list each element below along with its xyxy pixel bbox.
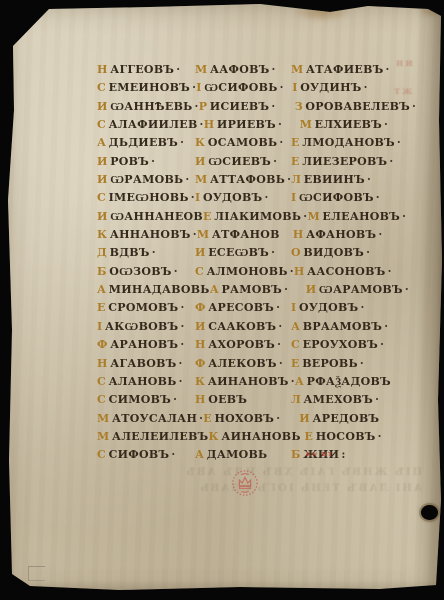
initial-letter: С	[195, 265, 204, 278]
name-text: ЕВИИНЪ	[304, 173, 365, 186]
initial-letter: И	[195, 246, 206, 259]
genealogy-line: МАЛЕЛЕИЛЕВЪКАИНАНОВЬЕНОСОВЪ·	[97, 428, 427, 446]
name-entry: МЕЛЕАНОВЪ·	[307, 208, 427, 226]
name-entry: ЛАМЕХОВЪ·	[291, 391, 427, 409]
genealogy-line: ИѠРАМОВЬ·МАТТАФОВЬ·ЛЕВИИНЪ·	[97, 171, 427, 189]
name-text: АЛЕКОВЪ	[208, 357, 277, 370]
name-text: СРОМОВЪ	[108, 301, 178, 314]
name-entry: НОЕВЪ	[195, 391, 291, 409]
name-entry: ИѠСИЕВЪ·	[195, 153, 291, 171]
name-entry: ИѠРАМОВЬ·	[97, 171, 195, 189]
name-text: АИНАНОВЬ	[221, 430, 300, 443]
name-text: ОѠЗОВЪ	[109, 265, 171, 278]
name-entry: ИѠАРАМОВЪ·	[306, 281, 427, 299]
initial-letter: І	[291, 191, 296, 204]
initial-letter: Е	[305, 430, 314, 443]
initial-letter: Р	[199, 100, 208, 113]
name-entry: ССИФОВЪ·	[97, 446, 195, 464]
initial-letter: З	[295, 100, 303, 113]
separator-dot: ·	[366, 246, 370, 259]
name-text: МИНАДАВОВЬ	[109, 283, 210, 296]
name-text: ЕЛЕАНОВЪ	[322, 210, 400, 223]
initial-letter: Л	[291, 173, 301, 186]
initial-letter: Е	[291, 136, 300, 149]
initial-letter: І	[195, 191, 200, 204]
name-text: ЕЛХИЕВЪ	[315, 118, 382, 131]
name-text: ѠАННАНЕОВ	[110, 210, 203, 223]
initial-letter: И	[97, 155, 108, 168]
initial-letter: Л	[291, 393, 301, 406]
name-entry: ЕЛІАКИМОВЬ·	[203, 208, 307, 226]
separator-dot: ·	[180, 320, 184, 333]
name-entry: СІМЕѠНОВЬ·	[97, 189, 195, 207]
name-text: ѠСИФОВЪ	[299, 191, 374, 204]
initial-letter: Е	[97, 301, 106, 314]
genealogy-line: ИРОВЪ·ИѠСИЕВЪ·ЕЛИЕЗЕРОВЪ·	[97, 153, 427, 171]
name-text: СААКОВЪ	[208, 320, 276, 333]
name-entry: ІѠСИФОВЬ·	[196, 79, 292, 97]
initial-letter: Е	[291, 155, 300, 168]
name-entry: СЕМЕИНОВЪ·	[97, 79, 196, 97]
genealogy-line: СЕМЕИНОВЪ·ІѠСИФОВЬ·ІОУДИНЪ·	[97, 79, 427, 97]
name-text: ЛІАКИМОВЬ	[214, 210, 301, 223]
initial-letter: Е	[203, 412, 212, 425]
name-text: ААСОНОВЪ	[307, 265, 385, 278]
initial-letter: И	[97, 210, 108, 223]
initial-letter: К	[195, 136, 205, 149]
initial-letter: А	[97, 136, 106, 149]
genealogy-line: ІАКѠВОВЪ·ИСААКОВЪ·АВРААМОВЪ·	[97, 318, 427, 336]
name-entry: ОВИДОВЪ·	[291, 244, 427, 262]
separator-dot: ·	[386, 63, 390, 76]
initial-letter: И	[195, 320, 206, 333]
separator-dot: ·	[185, 173, 189, 186]
initial-letter: М	[97, 430, 109, 443]
name-entry: ЕСРОМОВЪ·	[97, 299, 195, 317]
name-entry: АДАМОВЬ	[195, 446, 291, 464]
initial-letter: Н	[294, 265, 305, 278]
genealogy-line: НАГГЕОВЪ·МААФОВЪ·МАТАФИЕВЪ·	[97, 61, 427, 79]
name-entry: НАГГЕОВЪ·	[97, 61, 195, 79]
separator-dot: ·	[380, 338, 384, 351]
name-text: СИФОВЪ	[109, 448, 170, 461]
separator-dot: ·	[272, 63, 276, 76]
separator-dot: ·	[360, 357, 364, 370]
name-text: ѠРАМОВЬ	[110, 173, 183, 186]
name-entry: ЗОРОВАВЕЛЕВЪ·	[295, 98, 427, 116]
separator-dot: ·	[360, 301, 364, 314]
initial-letter: Ф	[97, 338, 108, 351]
separator-dot: ·	[384, 320, 388, 333]
separator-dot: ·	[376, 191, 380, 204]
initial-letter: М	[307, 210, 319, 223]
genealogy-line: НАГАВОВЪ·ФАЛЕКОВЪ·ЕВЕРОВЬ·	[97, 355, 427, 373]
name-entry: АРАМОВЪ·	[210, 281, 306, 299]
initial-letter: Ф	[195, 301, 206, 314]
initial-letter: Б	[97, 265, 107, 278]
name-text: ВРААМОВЪ	[303, 320, 382, 333]
name-entry: ІОУДОВЪ·	[291, 299, 427, 317]
genealogy-line: САЛАФИИЛЕВ·НИРИЕВЪ·МЕЛХИЕВЪ·	[97, 116, 427, 134]
separator-dot: ·	[378, 228, 382, 241]
name-text: АКѠВОВЪ	[105, 320, 179, 333]
name-text: ЛМОДАНОВЪ	[302, 136, 395, 149]
initial-letter: А	[291, 320, 300, 333]
initial-letter: Н	[195, 393, 206, 406]
initial-letter: І	[292, 81, 297, 94]
name-text: АТОУСАЛАН	[112, 412, 197, 425]
genealogy-line: АДЬДИЕВЪ·КОСАМОВЬ·ЕЛМОДАНОВЪ·	[97, 134, 427, 152]
wormhole	[421, 505, 438, 520]
separator-dot: ·	[280, 81, 284, 94]
initial-letter: Н	[195, 338, 206, 351]
initial-letter: И	[195, 155, 206, 168]
name-entry: КОСАМОВЬ·	[195, 134, 291, 152]
separator-dot: ·	[279, 357, 283, 370]
separator-dot: ·	[174, 265, 178, 278]
name-entry: ФАРАНОВЪ·	[97, 336, 195, 354]
separator-dot: :	[341, 448, 345, 461]
name-entry: ІѠСИФОВЪ·	[291, 189, 427, 207]
separator-dot: ·	[176, 63, 180, 76]
name-entry: НАХОРОВЪ·	[195, 336, 291, 354]
name-entry: ФАЛЕКОВЪ·	[195, 355, 291, 373]
name-text: АРЕДОВЪ	[312, 412, 379, 425]
name-entry: ИАРЕДОВЪ	[299, 410, 427, 428]
name-entry: КАИНАНОВЬ	[209, 428, 305, 446]
name-entry: МАЛЕЛЕИЛЕВЪ	[97, 428, 209, 446]
initial-letter: И	[306, 283, 317, 296]
separator-dot: ·	[405, 283, 409, 296]
name-entry: АВРААМОВЪ·	[291, 318, 427, 336]
name-entry: НАГАВОВЪ·	[97, 355, 195, 373]
name-text: РФАѮАДОВЪ	[307, 375, 391, 388]
name-entry: АДЬДИЕВЪ·	[97, 134, 195, 152]
manuscript-page: ПІѢ ЖНВѢ ГАІѢ ХВЪ НЛЪ АВѢ АНІ ЛАВЪ ТЕНЬ …	[0, 0, 444, 600]
genealogy-line: АМИНАДАВОВЬАРАМОВЪ·ИѠАРАМОВЪ·	[97, 281, 427, 299]
name-entry: ИЕСЕѠВЪ·	[195, 244, 291, 262]
separator-dot: ·	[367, 173, 371, 186]
separator-dot: ·	[180, 301, 184, 314]
name-entry: АМИНАДАВОВЬ	[97, 281, 210, 299]
initial-letter: И	[97, 173, 108, 186]
initial-letter: Ф	[195, 357, 206, 370]
name-text: ОЕВЪ	[208, 393, 247, 406]
name-entry: ЕНОСОВЪ·	[305, 428, 428, 446]
separator-dot: ·	[278, 118, 282, 131]
genealogy-line: СІМЕѠНОВЬ·ІОУДОВЪ·ІѠСИФОВЪ·	[97, 189, 427, 207]
name-entry: МАТТАФОВЬ·	[195, 171, 291, 189]
name-text: АННАНОВЪ	[110, 228, 191, 241]
separator-dot: ·	[384, 118, 388, 131]
name-text: РОВЪ	[110, 155, 149, 168]
name-text: ИСИЕВЪ	[210, 100, 270, 113]
name-text: НОСОВЪ	[316, 430, 376, 443]
separator-dot: ·	[171, 448, 175, 461]
name-text: АРАНОВЪ	[110, 338, 178, 351]
initial-letter: С	[291, 338, 300, 351]
name-text: ОСАМОВЬ	[208, 136, 278, 149]
name-entry: САЛАНОВЬ·	[97, 373, 195, 391]
name-entry: МААФОВЪ·	[195, 61, 291, 79]
initial-letter: К	[209, 430, 219, 443]
separator-dot: ·	[273, 155, 277, 168]
separator-dot: ·	[277, 338, 281, 351]
separator-dot: ·	[264, 191, 268, 204]
initial-letter: М	[197, 228, 209, 241]
initial-letter: А	[295, 375, 304, 388]
initial-letter: Н	[204, 118, 215, 131]
name-entry: МАТОУСАЛАН·	[97, 410, 203, 428]
name-entry: ФАРЕСОВЪ·	[195, 299, 291, 317]
initial-letter: М	[291, 63, 303, 76]
name-text: ИРИЕВЪ	[217, 118, 276, 131]
name-entry: ЕЛМОДАНОВЪ·	[291, 134, 427, 152]
name-entry: МЕЛХИЕВЪ·	[300, 116, 427, 134]
initial-letter: И	[299, 412, 310, 425]
name-entry: АРФАѮАДОВЪ	[295, 373, 427, 391]
name-entry: САЛАФИИЛЕВ·	[97, 116, 204, 134]
separator-dot: ·	[375, 393, 379, 406]
initial-letter: М	[300, 118, 312, 131]
initial-letter: М	[97, 412, 109, 425]
name-entry: ЕЛИЕЗЕРОВЪ·	[291, 153, 427, 171]
separator-dot: ·	[364, 81, 368, 94]
initial-letter: А	[97, 283, 106, 296]
name-text: СИМОВЪ	[109, 393, 172, 406]
initial-letter: А	[195, 448, 204, 461]
genealogy-line: БОѠЗОВЪ·САЛМОНОВЬ·НААСОНОВЪ·	[97, 263, 427, 281]
genealogy-line: МАТОУСАЛАН·ЕНОХОВЪ·ИАРЕДОВЪ	[97, 410, 427, 428]
page-edge-shading	[0, 580, 444, 600]
name-entry: СЕРОУХОВЪ·	[291, 336, 427, 354]
separator-dot: ·	[179, 357, 183, 370]
rubric-note: кѡ вт	[306, 449, 334, 458]
verso-bleedthrough: АНІ ЛАВЪ ТЕНЬ ІОГЪ СЛАВЬ	[100, 483, 422, 494]
name-text: РАМОВЪ	[221, 283, 282, 296]
name-text: ААФОВЪ	[210, 63, 270, 76]
separator-dot: ·	[397, 136, 401, 149]
separator-dot: ·	[412, 100, 416, 113]
name-entry: ІАКѠВОВЪ·	[97, 318, 195, 336]
name-text: ЛИЕЗЕРОВЪ	[302, 155, 387, 168]
initial-letter: С	[97, 191, 106, 204]
separator-dot: ·	[279, 136, 283, 149]
separator-dot: ·	[276, 301, 280, 314]
name-entry: ИѠАННАНЕОВ	[97, 208, 203, 226]
separator-dot: ·	[271, 100, 275, 113]
name-entry: НАФАНОВЪ·	[293, 226, 427, 244]
initial-letter: С	[97, 448, 106, 461]
name-text: ВИДОВЪ	[303, 246, 364, 259]
name-entry: ЕНОХОВЪ·	[203, 410, 299, 428]
name-text: АМЕХОВЪ	[304, 393, 374, 406]
initial-letter: І	[196, 81, 201, 94]
name-entry: МАТФАНОВ	[197, 226, 293, 244]
separator-dot: ·	[389, 155, 393, 168]
initial-letter: О	[291, 246, 301, 259]
name-entry: КАИНАНОВЪ·	[195, 373, 295, 391]
name-text: ОРОВАВЕЛЕВЪ	[305, 100, 410, 113]
name-text: ЕМЕИНОВЪ	[109, 81, 191, 94]
name-entry: БОѠЗОВЪ·	[97, 263, 195, 281]
separator-dot: ·	[278, 320, 282, 333]
name-text: АЛАФИИЛЕВ	[109, 118, 198, 131]
name-entry: КАННАНОВЪ·	[97, 226, 197, 244]
genealogy-line: ДВДВЪ·ИЕСЕѠВЪ·ОВИДОВЪ·	[97, 244, 427, 262]
initial-letter: К	[97, 228, 107, 241]
name-text: АЛМОНОВЬ	[207, 265, 288, 278]
name-text: ѠСИФОВЬ	[204, 81, 277, 94]
name-text: ВЕРОВЬ	[302, 357, 358, 370]
name-text: НОХОВЪ	[214, 412, 274, 425]
separator-dot: ·	[284, 283, 288, 296]
name-text: ОУДОВЪ	[299, 301, 359, 314]
separator-dot: ·	[179, 375, 183, 388]
name-text: ІМЕѠНОВЬ	[109, 191, 189, 204]
name-text: ѠСИЕВЪ	[208, 155, 271, 168]
stain	[292, 0, 352, 22]
verso-bleedthrough: ПІѢ ЖНВѢ ГАІѢ ХВЪ НЛЪ АВѢ	[100, 467, 422, 478]
name-entry: ИСААКОВЪ·	[195, 318, 291, 336]
separator-dot: ·	[180, 136, 184, 149]
name-text: ЕСЕѠВЪ	[208, 246, 269, 259]
name-entry: ІОУДОВЪ·	[195, 189, 291, 207]
initial-letter: К	[195, 375, 205, 388]
initial-letter: С	[97, 375, 106, 388]
name-entry: ССИМОВЪ·	[97, 391, 195, 409]
name-entry: САЛМОНОВЬ·	[195, 263, 294, 281]
name-text: ЕРОУХОВЪ	[303, 338, 379, 351]
name-entry: ІОУДИНЪ·	[292, 79, 427, 97]
separator-dot: ·	[180, 338, 184, 351]
name-entry: ЕВЕРОВЬ·	[291, 355, 427, 373]
initial-letter: Б	[291, 448, 301, 461]
name-text: АЛЕЛЕИЛЕВЪ	[112, 430, 209, 443]
initial-letter: Н	[97, 357, 108, 370]
separator-dot: ·	[388, 265, 392, 278]
initial-letter: І	[97, 320, 102, 333]
name-entry: ИРОВЪ·	[97, 153, 195, 171]
genealogy-line: ССИМОВЪ·НОЕВЪЛАМЕХОВЪ·	[97, 391, 427, 409]
name-text: АЛАНОВЬ	[109, 375, 177, 388]
initial-letter: М	[195, 173, 207, 186]
name-text: АХОРОВЪ	[208, 338, 275, 351]
name-text: ОУДОВЪ	[203, 191, 263, 204]
name-entry: ЛЕВИИНЪ·	[291, 171, 427, 189]
pencil-mark	[28, 566, 45, 581]
initial-letter: Е	[291, 357, 300, 370]
genealogy-line: ИѠАННАНЕОВЕЛІАКИМОВЬ·МЕЛЕАНОВЪ·	[97, 208, 427, 226]
name-text: ѠАРАМОВЪ	[319, 283, 403, 296]
genealogy-line: ИѠАННѢЕВЬ·РИСИЕВЪ·ЗОРОВАВЕЛЕВЪ·	[97, 98, 427, 116]
genealogy-text: НАГГЕОВЪ·МААФОВЪ·МАТАФИЕВЪ·СЕМЕИНОВЪ·ІѠС…	[97, 61, 427, 465]
name-text: АФАНОВЪ	[306, 228, 376, 241]
library-stamp-icon	[231, 469, 259, 497]
separator-dot: ·	[173, 393, 177, 406]
separator-dot: ·	[152, 246, 156, 259]
genealogy-line: ФАРАНОВЪ·НАХОРОВЪ·СЕРОУХОВЪ·	[97, 336, 427, 354]
name-text: ОУДИНЪ	[300, 81, 361, 94]
name-entry: МАТАФИЕВЪ·	[291, 61, 427, 79]
name-text: ѠАННѢЕВЬ	[110, 100, 192, 113]
name-text: АТАФИЕВЪ	[306, 63, 384, 76]
initial-letter: Д	[97, 246, 107, 259]
name-text: АТФАНОВ	[212, 228, 280, 241]
name-entry: НААСОНОВЪ·	[294, 263, 427, 281]
genealogy-line: ЕСРОМОВЪ·ФАРЕСОВЪ·ІОУДОВЪ·	[97, 299, 427, 317]
initial-letter: С	[97, 393, 106, 406]
genealogy-line: ССИФОВЪ·АДАМОВЬБЖИИ:	[97, 446, 427, 464]
initial-letter: Н	[97, 63, 108, 76]
genealogy-line: КАННАНОВЪ·МАТФАНОВНАФАНОВЪ·	[97, 226, 427, 244]
initial-letter: С	[97, 118, 106, 131]
genealogy-line: САЛАНОВЬ·КАИНАНОВЪ·АРФАѮАДОВЪ	[97, 373, 427, 391]
name-entry: ДВДВЪ·	[97, 244, 195, 262]
separator-dot: ·	[402, 210, 406, 223]
initial-letter: Е	[203, 210, 212, 223]
name-entry: НИРИЕВЪ·	[204, 116, 300, 134]
separator-dot: ·	[276, 412, 280, 425]
separator-dot: ·	[151, 155, 155, 168]
name-text: АТТАФОВЬ	[210, 173, 285, 186]
initial-letter: А	[210, 283, 219, 296]
initial-letter: І	[291, 301, 296, 314]
initial-letter: М	[195, 63, 207, 76]
name-entry: ИѠАННѢЕВЬ·	[97, 98, 199, 116]
name-text: АГГЕОВЪ	[110, 63, 174, 76]
name-text: ДЬДИЕВЪ	[109, 136, 178, 149]
name-text: АГАВОВЪ	[110, 357, 176, 370]
separator-dot: ·	[271, 246, 275, 259]
name-text: ДАМОВЬ	[207, 448, 268, 461]
initial-letter: И	[97, 100, 108, 113]
initial-letter: С	[97, 81, 106, 94]
separator-dot: ·	[378, 430, 382, 443]
name-text: АИНАНОВЪ	[208, 375, 289, 388]
initial-letter: Н	[293, 228, 304, 241]
name-entry: РИСИЕВЪ·	[199, 98, 295, 116]
name-text: ВДВЪ	[110, 246, 150, 259]
name-text: АРЕСОВЪ	[208, 301, 274, 314]
